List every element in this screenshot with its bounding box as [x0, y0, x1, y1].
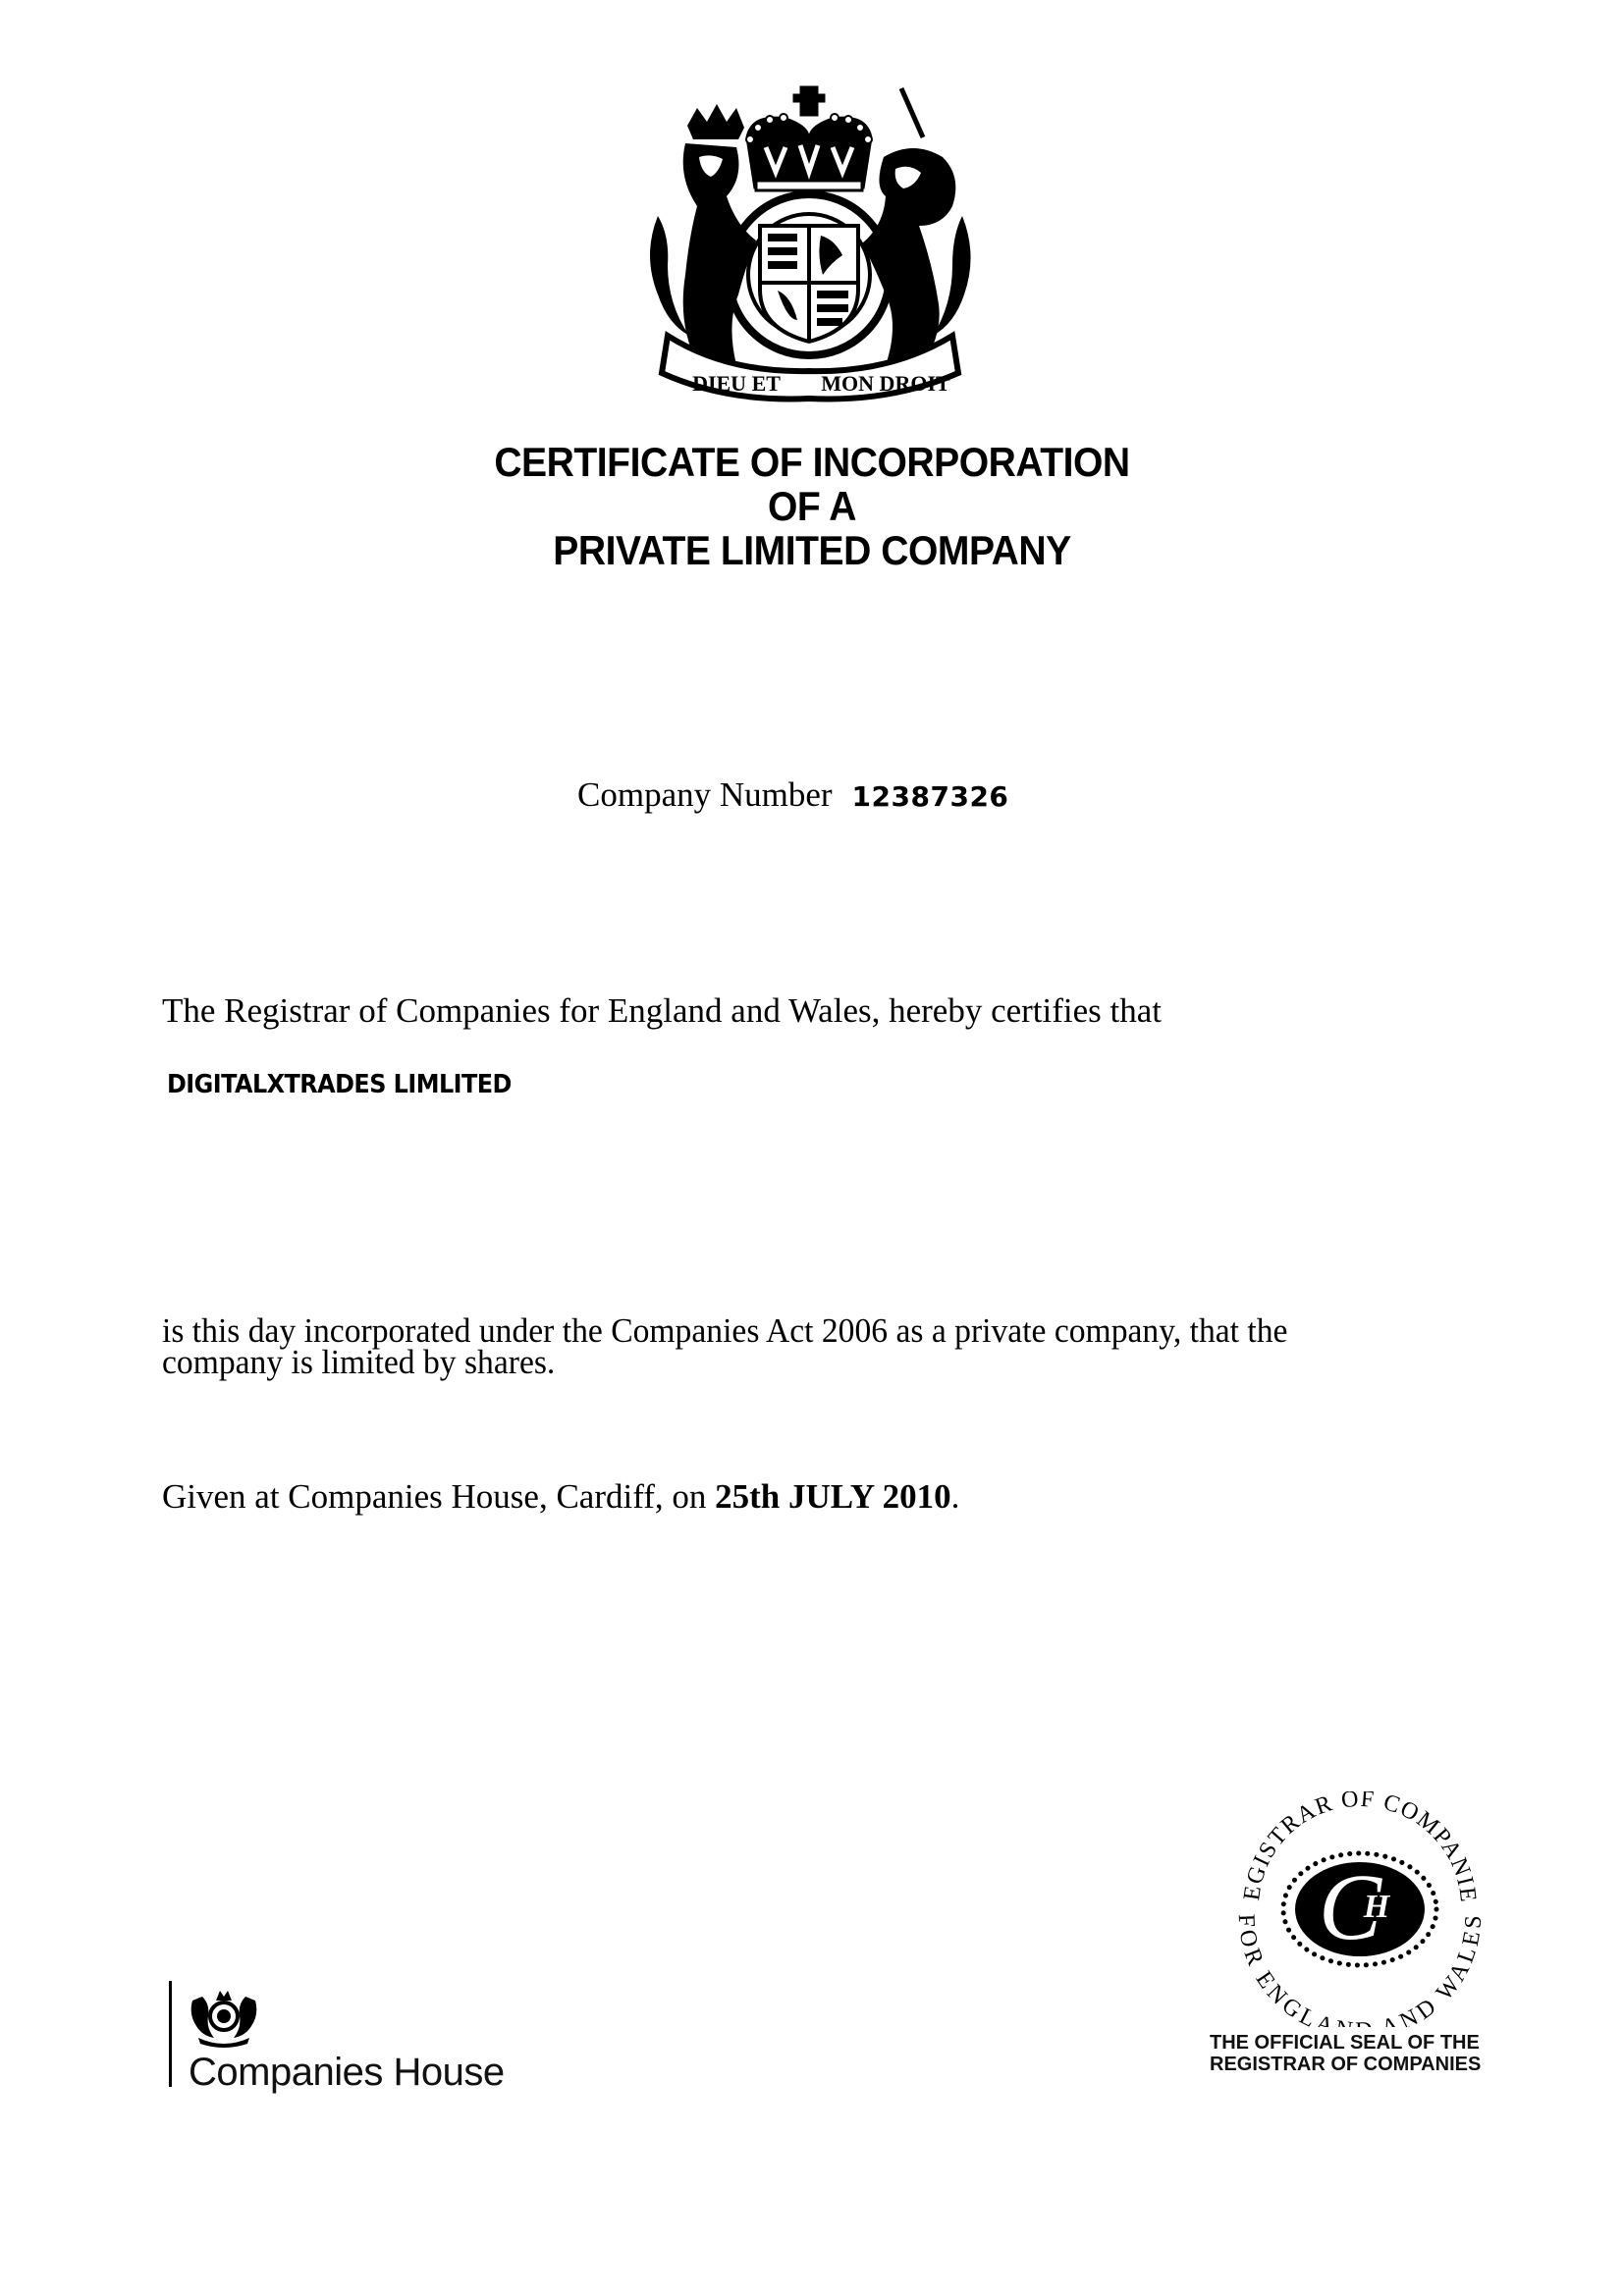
incorporation-date: 25th JULY 2010 — [715, 1477, 951, 1516]
motto-left-text: DIEU ET — [692, 371, 781, 396]
certificate-title-line-3: PRIVATE LIMITED COMPANY — [57, 528, 1567, 572]
shield-icon — [760, 226, 858, 342]
company-number-row: Company Number 12387326 — [577, 775, 1008, 815]
company-number-value: 12387326 — [852, 780, 1009, 813]
incorporation-statement: is this day incorporated under the Compa… — [162, 1315, 1497, 1378]
given-at-statement: Given at Companies House, Cardiff, on 25… — [162, 1477, 959, 1517]
seal-caption-line-2: REGISTRAR OF COMPANIES — [1210, 2054, 1524, 2075]
seal-caption: THE OFFICIAL SEAL OF THE REGISTRAR OF CO… — [1210, 2032, 1524, 2075]
lion-supporter-icon — [650, 104, 756, 365]
incorporation-line-2: company is limited by shares. — [162, 1347, 1444, 1378]
seal-monogram-h: H — [1363, 1889, 1391, 1925]
certificate-title-line-1: CERTIFICATE OF INCORPORATION — [57, 440, 1567, 484]
royal-coat-of-arms-icon: DIEU ET MON DROIT — [628, 79, 992, 402]
crown-icon — [746, 86, 872, 190]
certificate-title-line-2: OF A — [57, 484, 1567, 528]
registrar-seal-icon: REGISTRAR OF COMPANIES FOR ENGLAND AND W… — [1237, 1791, 1483, 2027]
seal-caption-line-1: THE OFFICIAL SEAL OF THE — [1210, 2032, 1524, 2054]
company-number-label: Company Number — [577, 775, 833, 814]
given-at-suffix: . — [951, 1477, 960, 1516]
small-royal-crest-icon — [185, 1981, 263, 2048]
companies-house-logo-text: Companies House — [189, 2051, 505, 2095]
logo-divider-bar — [169, 1981, 172, 2087]
motto-right-text: MON DROIT — [821, 371, 950, 396]
registrar-statement: The Registrar of Companies for England a… — [162, 991, 1162, 1031]
company-name: DIGITALXTRADES LIMLITED — [167, 1070, 512, 1099]
unicorn-supporter-icon — [862, 88, 971, 365]
given-at-prefix: Given at Companies House, Cardiff, on — [162, 1477, 715, 1516]
